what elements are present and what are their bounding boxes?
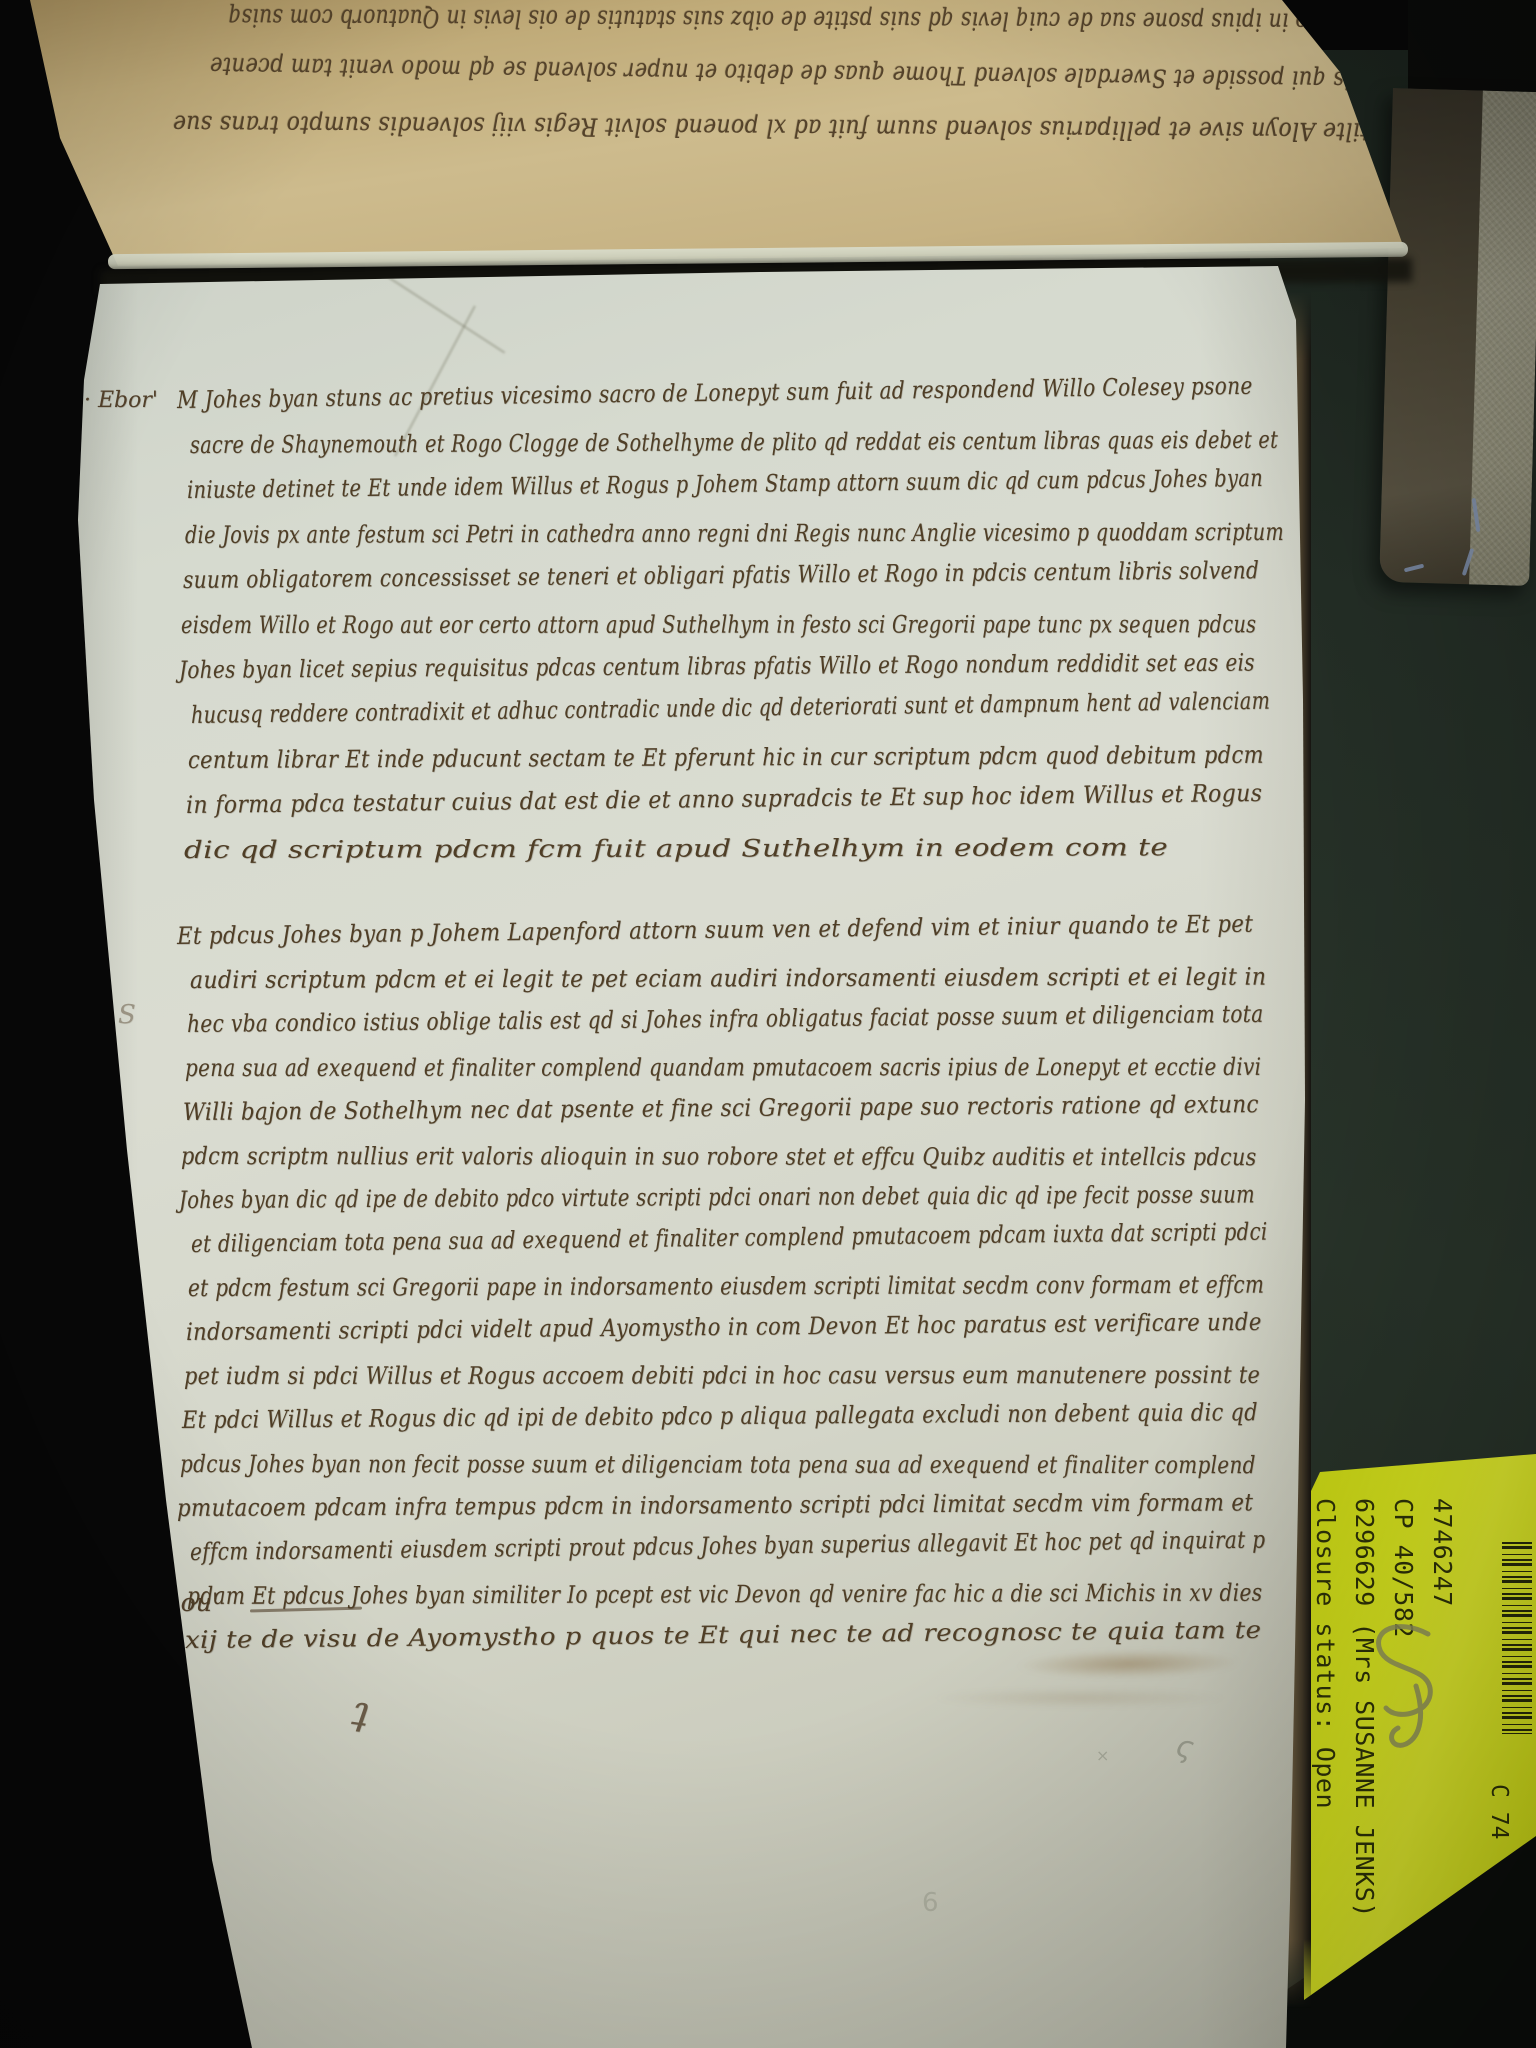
ticket-closure-status: Closure status: Open — [1306, 1498, 1345, 1938]
pencil-cross: × — [1096, 1746, 1109, 1765]
upper-leaf-line: solut qui psone Colto in ipius psone sua… — [229, 3, 1519, 37]
marginal-paraph: S — [118, 1000, 136, 1030]
manuscript-line: pdcm scriptm nullius erit valoris alioqu… — [181, 1142, 1257, 1171]
upper-leaf-line: Culles Stilte Aloyn sive et pelliparius … — [173, 110, 1464, 147]
manuscript-line: pdcus Johes byan non fecit posse suum et… — [180, 1450, 1256, 1479]
handwritten-initials-sj — [1358, 1616, 1468, 1766]
manuscript-line: pet iudm si pdci Willus et Rogus accoem … — [184, 1361, 1260, 1390]
ticket-corner-text: C 74 — [1486, 1784, 1512, 1839]
manuscript-line: audiri scriptum pdcm et ei legit te pet … — [189, 963, 1265, 994]
manuscript-line: centum librar Et inde pducunt sectam te … — [188, 741, 1264, 774]
manuscript-line: pdam Et pdcus Johes byan similiter Io pc… — [187, 1579, 1262, 1610]
faint-stain — [930, 1688, 1230, 1708]
upper-leaf: solut qui psone Colto in ipius psone sua… — [0, 0, 1536, 270]
marginal-county: · Ebor' — [84, 388, 158, 413]
cloth-box-corner — [1379, 88, 1536, 586]
pencil-leaf-number: 6 — [922, 1888, 939, 1918]
manuscript-line: die Jovis px ante festum sci Petri in ca… — [185, 518, 1284, 549]
barcode — [1502, 1542, 1532, 1734]
manuscript-line: pena sua ad exequend et finaliter comple… — [185, 1053, 1261, 1082]
manuscript-photo: 4746247 CP 40/582 6296629 (Mrs SUSANNE J… — [0, 0, 1536, 2048]
manuscript-line: sacre de Shaynemouth et Rogo Clogge de S… — [189, 426, 1277, 459]
manuscript-line: pmutacoem pdcam infra tempus pdcm in ind… — [177, 1488, 1253, 1522]
manuscript-line: dic qd scriptum pdcm fcm fuit apud Suthe… — [184, 833, 1168, 864]
manuscript-line: eisdem Willo et Rogo aut eor certo attor… — [181, 610, 1256, 639]
manuscript-line: Johes byan dic qd ipe de debito pdco vir… — [178, 1180, 1254, 1214]
upper-leaf-line: Rogus de pdcis qui posside et Swerdale s… — [209, 52, 1499, 97]
manuscript-line: et pdcm festum sci Gregorii pape in indo… — [188, 1271, 1264, 1302]
